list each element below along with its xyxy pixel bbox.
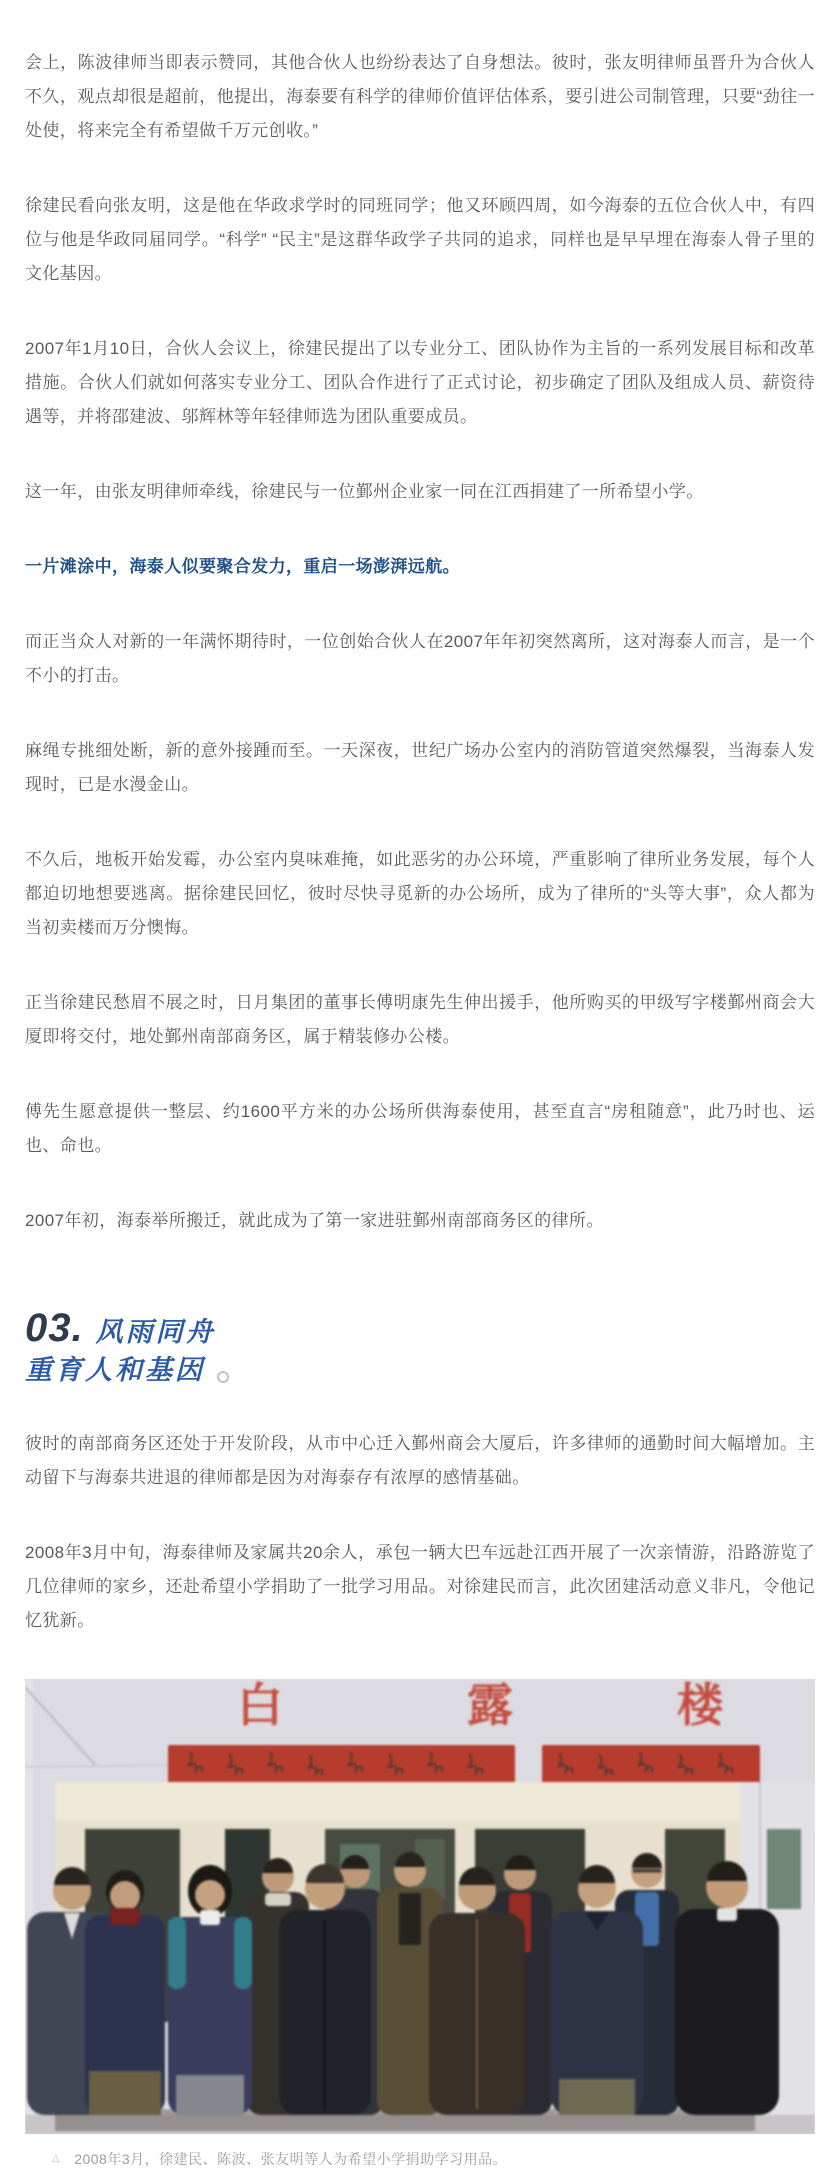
caption-text: 2008年3月，徐建民、陈波、张友明等人为希望小学捐助学习用品。 — [74, 2148, 507, 2170]
body-paragraph: 2007年1月10日，合伙人会议上，徐建民提出了以专业分工、团队协作为主旨的一系… — [25, 332, 815, 434]
photo-caption: △2008年3月，徐建民、陈波、张友明等人为希望小学捐助学习用品。 — [25, 2148, 815, 2170]
body-paragraph: 而正当众人对新的一年满怀期待时，一位创始合伙人在2007年年初突然离所，这对海泰… — [25, 625, 815, 693]
section-number: 03. — [25, 1308, 84, 1348]
body-paragraph: 彼时的南部商务区还处于开发阶段，从市中心迁入鄞州商会大厦后，许多律师的通勤时间大… — [25, 1427, 815, 1495]
body-paragraph: 这一年，由张友明律师牵线，徐建民与一位鄞州企业家一同在江西捐建了一所希望小学。 — [25, 475, 815, 509]
body-paragraph: 傅先生愿意提供一整层、约1600平方米的办公场所供海泰使用，甚至直言“房租随意”… — [25, 1095, 815, 1163]
body-paragraph: 会上，陈波律师当即表示赞同，其他合伙人也纷纷表达了自身想法。彼时，张友明律师虽晋… — [25, 46, 815, 148]
section-heading-line2: 重育人和基因 — [25, 1356, 815, 1386]
body-paragraph: 2008年3月中旬，海泰律师及家属共20余人，承包一辆大巴车远赴江西开展了一次亲… — [25, 1536, 815, 1638]
sign-character: 露 — [467, 1680, 513, 1731]
article-photo[interactable]: 白 露 楼 — [25, 1679, 815, 2134]
article-content: 会上，陈波律师当即表示赞同，其他合伙人也纷纷表达了自身想法。彼时，张友明律师虽晋… — [0, 0, 840, 2174]
section-heading: 03.风雨同舟重育人和基因 — [25, 1308, 815, 1386]
red-banner-right — [542, 1745, 760, 1783]
body-paragraph: 2007年初，海泰举所搬迁，就此成为了第一家进驻鄞州南部商务区的律所。 — [25, 1204, 815, 1238]
red-banner-left — [168, 1745, 515, 1783]
body-paragraph: 徐建民看向张友明，这是他在华政求学时的同班同学；他又环顾四周，如今海泰的五位合伙… — [25, 189, 815, 291]
sign-character: 楼 — [677, 1680, 724, 1731]
decorative-ring-icon — [217, 1371, 229, 1383]
body-paragraph: 麻绳专挑细处断，新的意外接踵而至。一天深夜，世纪广场办公室内的消防管道突然爆裂，… — [25, 734, 815, 802]
section-title-line2: 重育人和基因 — [25, 1356, 205, 1386]
body-paragraph: 不久后，地板开始发霉，办公室内臭味难掩，如此恶劣的办公环境，严重影响了律所业务发… — [25, 843, 815, 945]
section-heading-line1: 03.风雨同舟 — [25, 1308, 815, 1348]
section-title-line1: 风雨同舟 — [96, 1318, 216, 1348]
highlight-paragraph: 一片滩涂中，海泰人似要聚合发力，重启一场澎湃远航。 — [25, 550, 815, 584]
photo-scene: 白 露 楼 — [25, 1679, 815, 2134]
article-page: 会上，陈波律师当即表示赞同，其他合伙人也纷纷表达了自身想法。彼时，张友明律师虽晋… — [0, 0, 840, 2174]
sign-character: 白 — [237, 1680, 283, 1731]
triangle-marker-icon: △ — [52, 2154, 60, 2164]
body-paragraph: 正当徐建民愁眉不展之时，日月集团的董事长傅明康先生伸出援手，他所购买的甲级写字楼… — [25, 986, 815, 1054]
